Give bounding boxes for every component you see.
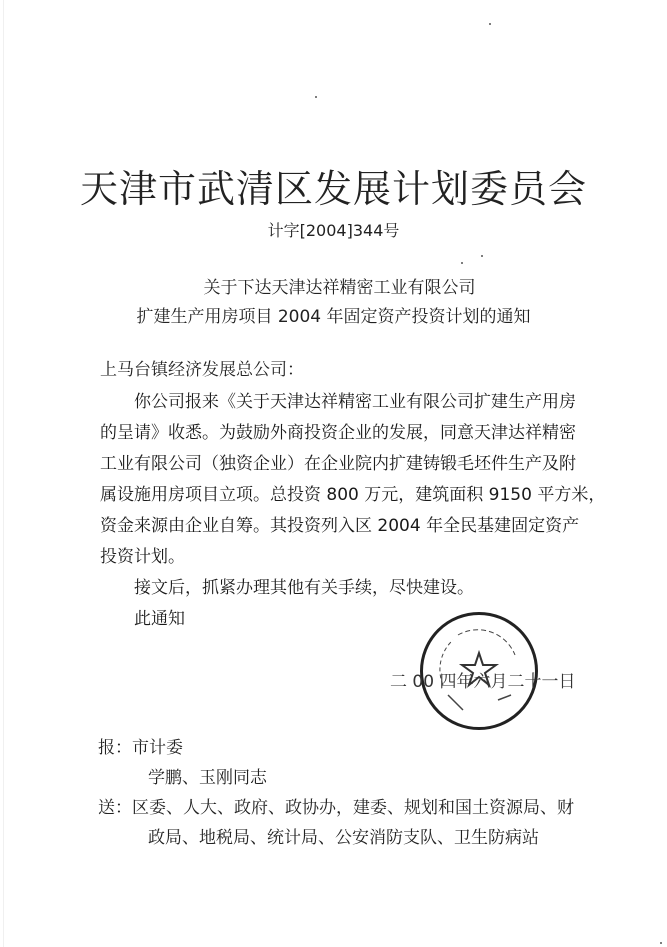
scan-speck — [489, 23, 491, 25]
body-line: 的呈请》收悉。为鼓励外商投资企业的发展，同意天津达祥精密 — [100, 418, 576, 443]
report-to: 报：市计委 — [98, 733, 183, 758]
body-line: 接文后，抓紧办理其他有关手续，尽快建设。 — [100, 573, 474, 598]
scan-speck — [461, 262, 463, 264]
body-line-text: 资金来源由企业自筹。其投资列入区 2004 年全民基建固定资产 — [100, 516, 579, 536]
document-number: 计字[2004]344号 — [0, 218, 667, 241]
body-line: 属设施用房项目立项。总投资 800 万元，建筑面积 9150 平方米， — [100, 480, 605, 505]
report-to-label: 报： — [98, 738, 132, 758]
issue-date: 二 00 四年六月二十一日 — [390, 667, 575, 692]
subject-line-2: 扩建生产用房项目 2004 年固定资产投资计划的通知 — [0, 302, 667, 327]
send-to-label: 送： — [98, 798, 132, 818]
send-to-continued: 政局、地税局、统计局、公安消防支队、卫生防病站 — [148, 823, 539, 848]
body-line: 你公司报来《关于天津达祥精密工业有限公司扩建生产用房 — [100, 387, 576, 412]
scan-speck — [315, 96, 317, 98]
body-line-text: 投资计划。 — [100, 547, 185, 567]
report-to-recipients: 市计委 — [132, 738, 183, 758]
body-line-text: 属设施用房项目立项。总投资 800 万元，建筑面积 9150 平方米， — [100, 485, 605, 505]
addressee: 上马台镇经济发展总公司： — [100, 355, 580, 380]
body-line: 此通知 — [100, 604, 185, 629]
body-line-text: 此通知 — [100, 609, 185, 629]
report-to-continued: 学鹏、玉刚同志 — [148, 763, 267, 788]
body-line-text: 接文后，抓紧办理其他有关手续，尽快建设。 — [100, 578, 474, 598]
body-line-text: 工业有限公司（独资企业）在企业院内扩建铸锻毛坯件生产及附 — [100, 454, 576, 474]
scan-speck — [349, 590, 351, 592]
scan-edge — [3, 0, 4, 947]
subject-line-1: 关于下达天津达祥精密工业有限公司 — [0, 273, 667, 298]
issuer-title: 天津市武清区发展计划委员会 — [0, 158, 667, 213]
send-to-recipients: 区委、人大、政府、政协办，建委、规划和国土资源局、财 — [132, 798, 574, 818]
body-line-text: 你公司报来《关于天津达祥精密工业有限公司扩建生产用房 — [100, 392, 576, 412]
document-page: 天津市武清区发展计划委员会 计字[2004]344号 关于下达天津达祥精密工业有… — [0, 0, 667, 947]
send-to: 送：区委、人大、政府、政协办，建委、规划和国土资源局、财 — [98, 793, 574, 818]
body-line: 工业有限公司（独资企业）在企业院内扩建铸锻毛坯件生产及附 — [100, 449, 576, 474]
scan-speck — [660, 942, 662, 944]
scan-speck — [481, 255, 483, 257]
body-line: 资金来源由企业自筹。其投资列入区 2004 年全民基建固定资产 — [100, 511, 579, 536]
body-line-text: 的呈请》收悉。为鼓励外商投资企业的发展，同意天津达祥精密 — [100, 423, 576, 443]
body-line: 投资计划。 — [100, 542, 185, 567]
